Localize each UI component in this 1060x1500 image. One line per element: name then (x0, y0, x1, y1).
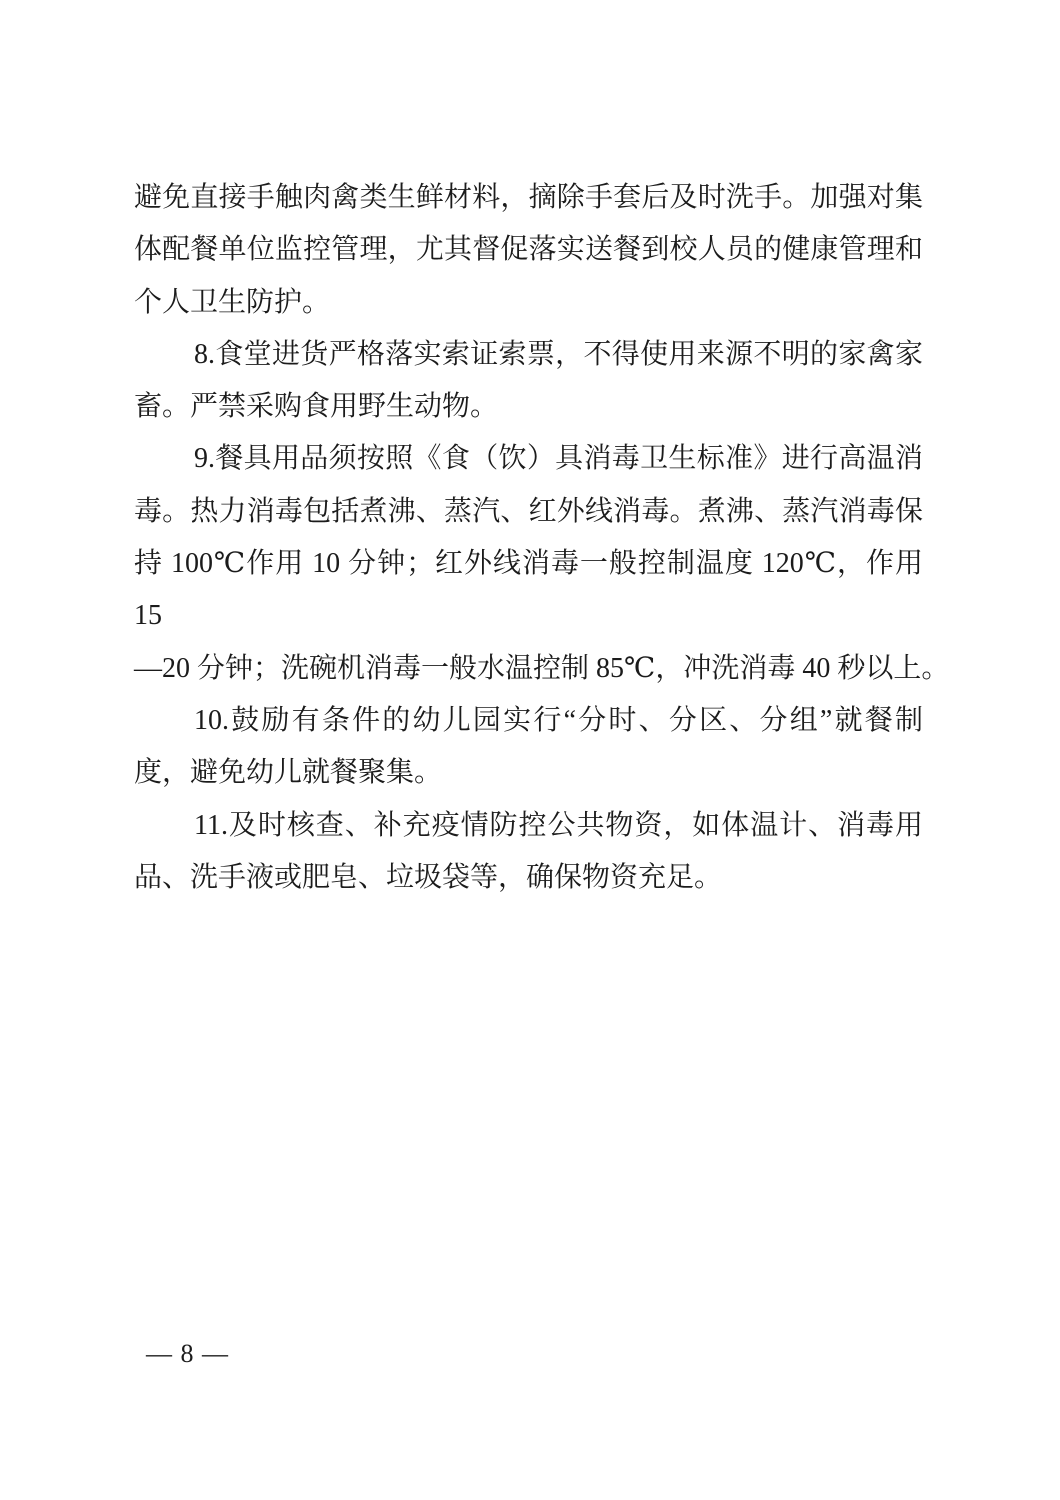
body-line: 畜。严禁采购食用野生动物。 (134, 381, 923, 433)
body-line: 持 100℃作用 10 分钟；红外线消毒一般控制温度 120℃，作用 15 (134, 538, 923, 643)
paragraph-item-8: 8.食堂进货严格落实索证索票，不得使用来源不明的家禽家 畜。严禁采购食用野生动物… (134, 329, 923, 434)
body-line: 避免直接手触肉禽类生鲜材料，摘除手套后及时洗手。加强对集 (134, 172, 923, 224)
paragraph-item-9: 9.餐具用品须按照《食（饮）具消毒卫生标准》进行高温消 毒。热力消毒包括煮沸、蒸… (134, 433, 923, 694)
body-line: 9.餐具用品须按照《食（饮）具消毒卫生标准》进行高温消 (134, 433, 923, 485)
page-number: — 8 — (146, 1339, 229, 1368)
body-line: —20 分钟；洗碗机消毒一般水温控制 85℃，冲洗消毒 40 秒以上。 (134, 643, 923, 695)
body-line: 毒。热力消毒包括煮沸、蒸汽、红外线消毒。煮沸、蒸汽消毒保 (134, 486, 923, 538)
paragraph-item-11: 11.及时核查、补充疫情防控公共物资，如体温计、消毒用 品、洗手液或肥皂、垃圾袋… (134, 800, 923, 905)
body-line: 11.及时核查、补充疫情防控公共物资，如体温计、消毒用 (134, 800, 923, 852)
document-page: 避免直接手触肉禽类生鲜材料，摘除手套后及时洗手。加强对集 体配餐单位监控管理，尤… (0, 0, 1060, 1500)
paragraph-item-10: 10.鼓励有条件的幼儿园实行“分时、分区、分组”就餐制 度，避免幼儿就餐聚集。 (134, 695, 923, 800)
body-line: 个人卫生防护。 (134, 277, 923, 329)
page-footer: — 8 — (146, 1341, 229, 1367)
paragraph-continuation: 避免直接手触肉禽类生鲜材料，摘除手套后及时洗手。加强对集 体配餐单位监控管理，尤… (134, 172, 923, 329)
body-line: 度，避免幼儿就餐聚集。 (134, 747, 923, 799)
body-line: 品、洗手液或肥皂、垃圾袋等，确保物资充足。 (134, 852, 923, 904)
document-body: 避免直接手触肉禽类生鲜材料，摘除手套后及时洗手。加强对集 体配餐单位监控管理，尤… (134, 172, 923, 904)
body-line: 10.鼓励有条件的幼儿园实行“分时、分区、分组”就餐制 (134, 695, 923, 747)
body-line: 体配餐单位监控管理，尤其督促落实送餐到校人员的健康管理和 (134, 224, 923, 276)
body-line: 8.食堂进货严格落实索证索票，不得使用来源不明的家禽家 (134, 329, 923, 381)
